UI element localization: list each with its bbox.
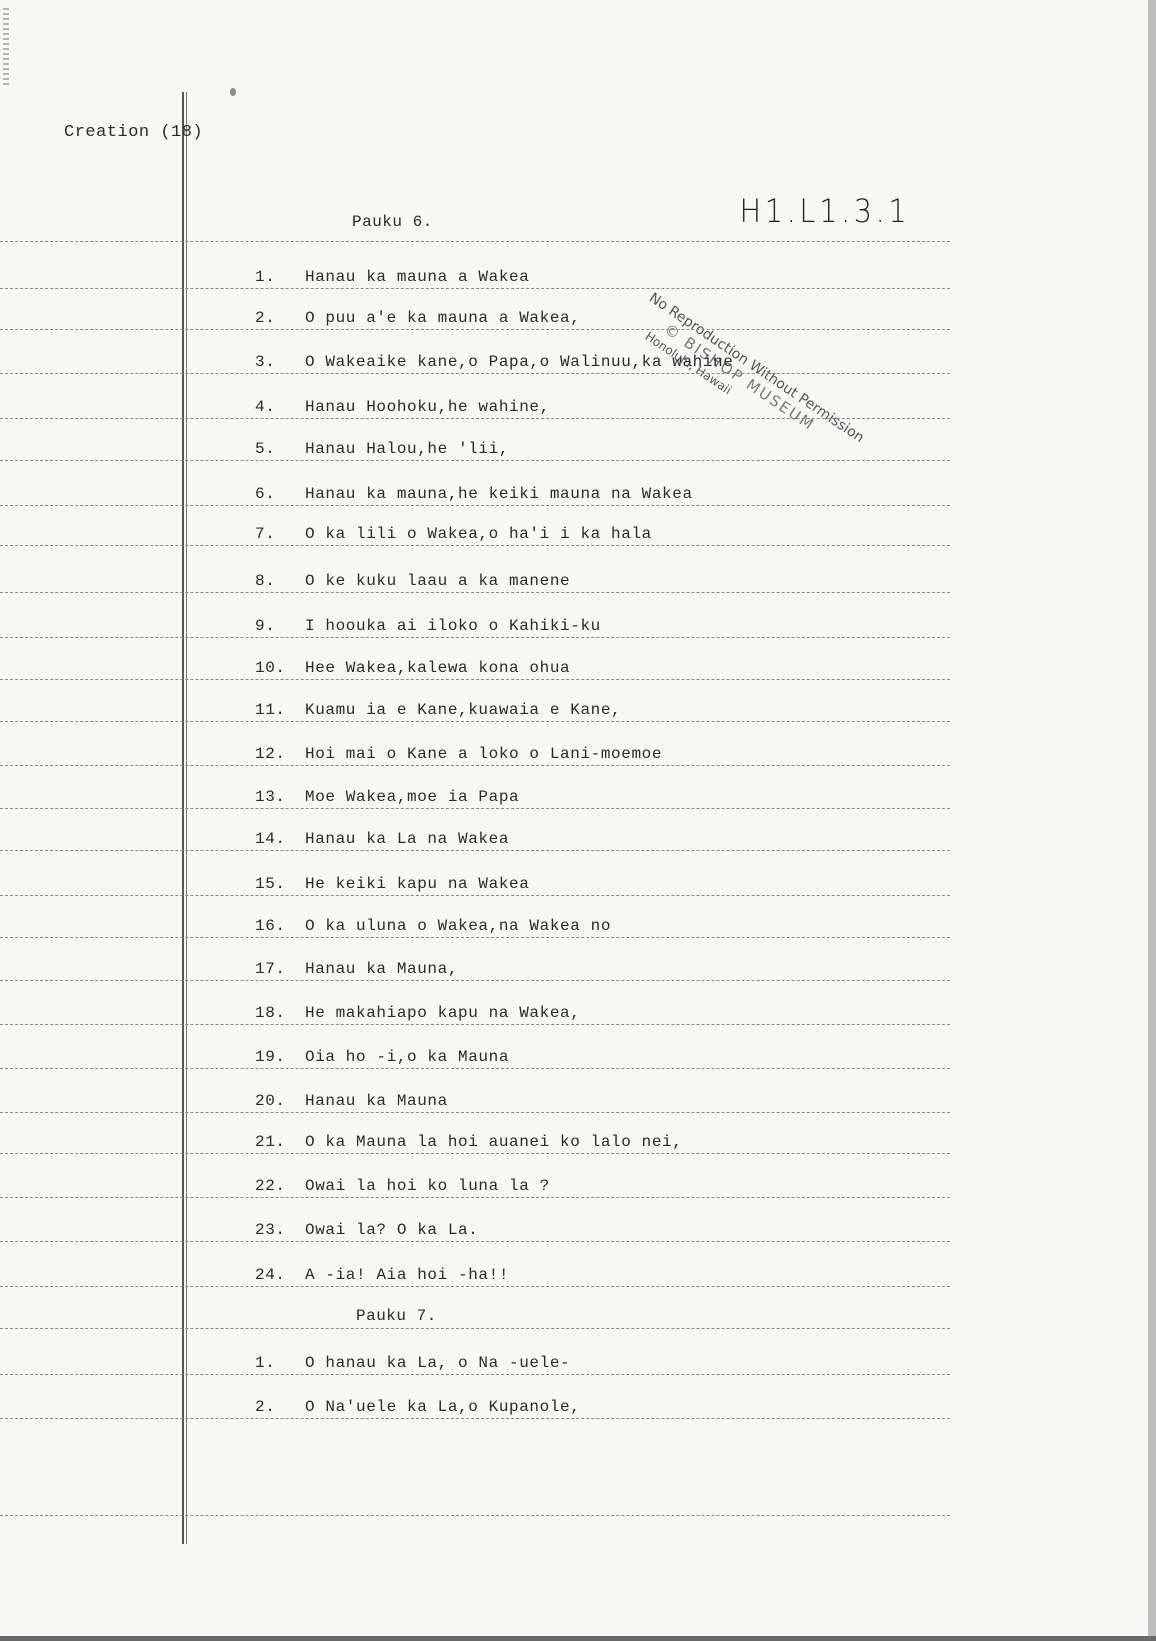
verse-line: 2.O Na'uele ka La,o Kupanole, (255, 1398, 580, 1416)
ruled-line (0, 1418, 950, 1419)
ruled-line (0, 679, 950, 680)
ruled-line (0, 1241, 950, 1242)
ruled-line (0, 1328, 950, 1329)
margin-line-secondary (186, 92, 187, 1544)
verse-line: 1.Hanau ka mauna a Wakea (255, 268, 529, 286)
ruled-line (0, 505, 950, 506)
document-header: Creation (18) (64, 123, 203, 142)
verse-number: 10. (255, 659, 305, 677)
verse-text: Hanau ka mauna,he keiki mauna na Wakea (305, 485, 693, 503)
verse-text: O ka lili o Wakea,o ha'i i ka hala (305, 525, 652, 543)
ruled-line (0, 721, 950, 722)
ruled-line (0, 1068, 950, 1069)
verse-line: 8.O ke kuku laau a ka manene (255, 572, 570, 590)
verse-text: O ka uluna o Wakea,na Wakea no (305, 917, 611, 935)
verse-line: 7.O ka lili o Wakea,o ha'i i ka hala (255, 525, 652, 543)
verse-number: 19. (255, 1048, 305, 1066)
verse-number: 6. (255, 485, 305, 503)
stamp-line-2: © BISHOP MUSEUM (636, 304, 857, 461)
verse-number: 22. (255, 1177, 305, 1195)
verse-line: 14.Hanau ka La na Wakea (255, 830, 509, 848)
verse-text: O hanau ka La, o Na -uele- (305, 1354, 570, 1372)
verse-number: 11. (255, 701, 305, 719)
verse-line: 22.Owai la hoi ko luna la ? (255, 1177, 550, 1195)
verse-line: 21.O ka Mauna la hoi auanei ko lalo nei, (255, 1133, 682, 1151)
document-page: Creation (18) H1.L1.3.1 No Reproduction … (0, 0, 1148, 1636)
verse-line: 19.Oia ho -i,o ka Mauna (255, 1048, 509, 1066)
verse-line: 17.Hanau ka Mauna, (255, 960, 458, 978)
catalog-number: H1.L1.3.1 (739, 192, 910, 230)
verse-line: 1.O hanau ka La, o Na -uele- (255, 1354, 570, 1372)
verse-line: 16.O ka uluna o Wakea,na Wakea no (255, 917, 611, 935)
verse-number: 18. (255, 1004, 305, 1022)
verse-text: Hanau ka mauna a Wakea (305, 268, 529, 286)
ruled-line (0, 545, 950, 546)
verse-number: 13. (255, 788, 305, 806)
verse-line: 11.Kuamu ia e Kane,kuawaia e Kane, (255, 701, 621, 719)
verse-number: 23. (255, 1221, 305, 1239)
verse-number: 3. (255, 353, 305, 371)
verse-text: O puu a'e ka mauna a Wakea, (305, 309, 580, 327)
ruled-line (0, 808, 950, 809)
ruled-line (0, 850, 950, 851)
ruled-line (0, 1286, 950, 1287)
verse-text: Hanau Hoohoku,he wahine, (305, 398, 550, 416)
verse-number: 17. (255, 960, 305, 978)
verse-text: He keiki kapu na Wakea (305, 875, 529, 893)
verse-number: 14. (255, 830, 305, 848)
ruled-line (0, 937, 950, 938)
verse-line: 18.He makahiapo kapu na Wakea, (255, 1004, 580, 1022)
verse-text: A -ia! Aia hoi -ha!! (305, 1266, 509, 1284)
ruled-line (0, 980, 950, 981)
verse-number: 7. (255, 525, 305, 543)
verse-text: I hoouka ai iloko o Kahiki-ku (305, 617, 601, 635)
verse-line: 6.Hanau ka mauna,he keiki mauna na Wakea (255, 485, 693, 503)
scan-edge-bottom (0, 1636, 1156, 1641)
verse-number: 16. (255, 917, 305, 935)
verse-text: O Wakeaike kane,o Papa,o Walinuu,ka wahi… (305, 353, 733, 371)
ruled-line (0, 1153, 950, 1154)
verse-text: O Na'uele ka La,o Kupanole, (305, 1398, 580, 1416)
verse-line: 5.Hanau Halou,he 'lii, (255, 440, 509, 458)
verse-text: Hanau Halou,he 'lii, (305, 440, 509, 458)
ruled-line (0, 288, 950, 289)
verse-line: 13.Moe Wakea,moe ia Papa (255, 788, 519, 806)
ruled-line (0, 329, 950, 330)
verse-number: 21. (255, 1133, 305, 1151)
verse-line: 24.A -ia! Aia hoi -ha!! (255, 1266, 509, 1284)
verse-text: Hanau ka La na Wakea (305, 830, 509, 848)
verse-line: 9.I hoouka ai iloko o Kahiki-ku (255, 617, 601, 635)
verse-number: 9. (255, 617, 305, 635)
copyright-stamp: No Reproduction Without Permission © BIS… (626, 290, 866, 475)
verse-number: 24. (255, 1266, 305, 1284)
verse-number: 1. (255, 1354, 305, 1372)
ruled-line (0, 1112, 950, 1113)
verse-text: He makahiapo kapu na Wakea, (305, 1004, 580, 1022)
verse-text: Owai la hoi ko luna la ? (305, 1177, 550, 1195)
verse-number: 2. (255, 309, 305, 327)
verse-text: Owai la? O ka La. (305, 1221, 478, 1239)
verse-line: 23.Owai la? O ka La. (255, 1221, 478, 1239)
scan-edge-right (1148, 0, 1156, 1641)
verse-line: 20.Hanau ka Mauna (255, 1092, 448, 1110)
scan-edge-speckle (3, 8, 9, 88)
verse-number: 1. (255, 268, 305, 286)
verse-number: 2. (255, 1398, 305, 1416)
verse-line: 15.He keiki kapu na Wakea (255, 875, 529, 893)
section-title: Pauku 7. (356, 1307, 437, 1325)
verse-text: Hanau ka Mauna (305, 1092, 448, 1110)
verse-number: 4. (255, 398, 305, 416)
verse-line: 2.O puu a'e ka mauna a Wakea, (255, 309, 580, 327)
ruled-line (0, 1024, 950, 1025)
verse-line: 4.Hanau Hoohoku,he wahine, (255, 398, 550, 416)
verse-text: Oia ho -i,o ka Mauna (305, 1048, 509, 1066)
verse-text: Hoi mai o Kane a loko o Lani-moemoe (305, 745, 662, 763)
ruled-line (0, 241, 950, 242)
verse-line: 3.O Wakeaike kane,o Papa,o Walinuu,ka wa… (255, 353, 733, 371)
verse-text: Hee Wakea,kalewa kona ohua (305, 659, 570, 677)
ruled-line (0, 373, 950, 374)
verse-line: 10.Hee Wakea,kalewa kona ohua (255, 659, 570, 677)
ruled-line (0, 418, 950, 419)
ruled-line (0, 765, 950, 766)
ruled-line (0, 637, 950, 638)
ruled-line (0, 592, 950, 593)
ruled-line (0, 460, 950, 461)
verse-line: 12.Hoi mai o Kane a loko o Lani-moemoe (255, 745, 662, 763)
verse-number: 8. (255, 572, 305, 590)
section-title: Pauku 6. (352, 213, 433, 231)
verse-text: Kuamu ia e Kane,kuawaia e Kane, (305, 701, 621, 719)
ruled-line (0, 1374, 950, 1375)
ruled-line (0, 1197, 950, 1198)
verse-text: O ke kuku laau a ka manene (305, 572, 570, 590)
verse-number: 15. (255, 875, 305, 893)
ruled-line (0, 1515, 950, 1516)
verse-number: 20. (255, 1092, 305, 1110)
margin-line (182, 92, 184, 1544)
verse-number: 12. (255, 745, 305, 763)
verse-number: 5. (255, 440, 305, 458)
verse-text: O ka Mauna la hoi auanei ko lalo nei, (305, 1133, 682, 1151)
verse-text: Hanau ka Mauna, (305, 960, 458, 978)
ink-spot (230, 88, 236, 96)
verse-text: Moe Wakea,moe ia Papa (305, 788, 519, 806)
ruled-line (0, 895, 950, 896)
